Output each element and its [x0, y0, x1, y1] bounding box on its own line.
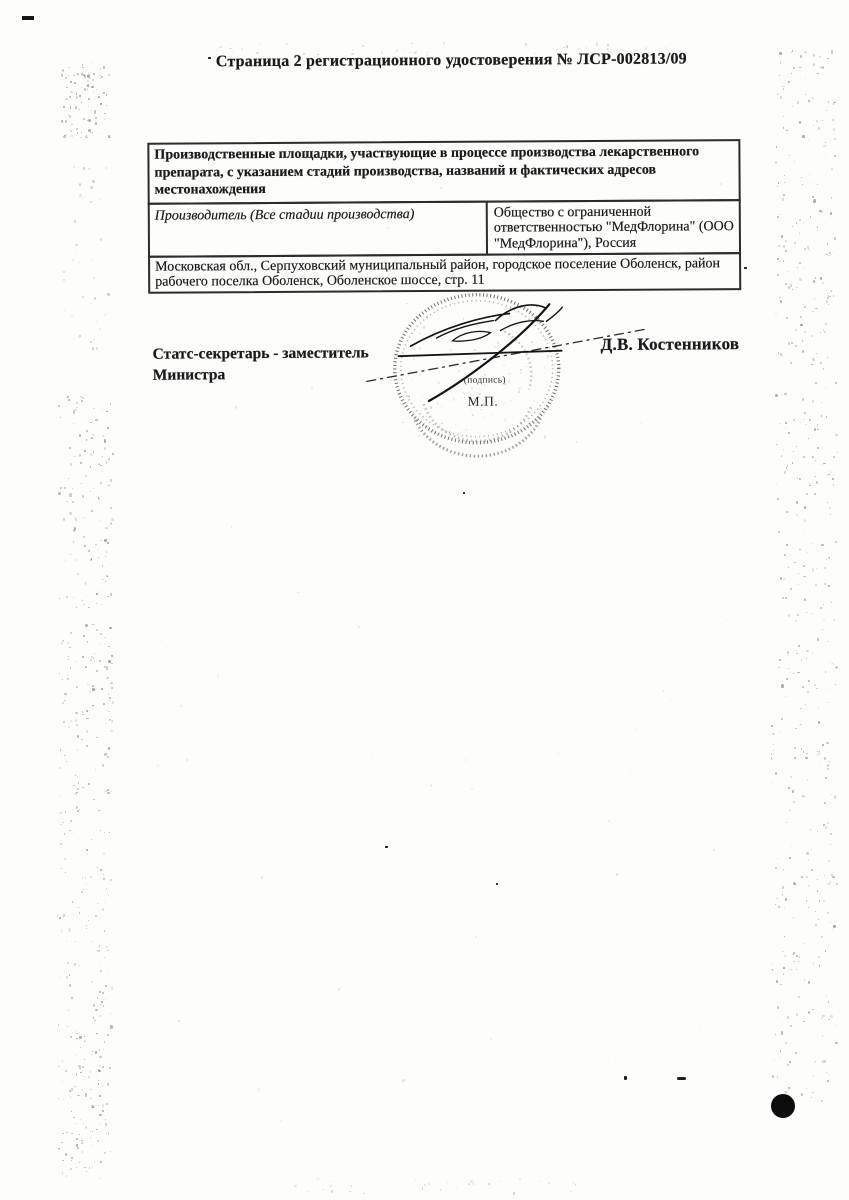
scan-content: Страница 2 регистрационного удостоверени…: [0, 0, 849, 1200]
producer-name-cell: Общество с ограниченной ответственностью…: [486, 199, 741, 256]
stamp-place-label: М.П.: [439, 393, 527, 410]
scanned-document-page: Страница 2 регистрационного удостоверени…: [0, 0, 849, 1200]
production-sites-table: Производственные площадки, участвующие в…: [147, 139, 741, 294]
official-stamp: [350, 277, 661, 469]
signature-caption: (подпись): [439, 375, 531, 386]
page-header: Страница 2 регистрационного удостоверени…: [0, 49, 848, 72]
table-header-cell: Производственные площадки, участвующие в…: [147, 139, 740, 204]
table-row: Производитель (Все стадии производства) …: [148, 199, 741, 258]
signature-scribble: [366, 304, 649, 402]
scan-punch-dot: [771, 1094, 795, 1118]
producer-role-cell: Производитель (Все стадии производства): [148, 200, 486, 258]
stamp-inner-text-arc: [415, 417, 541, 456]
